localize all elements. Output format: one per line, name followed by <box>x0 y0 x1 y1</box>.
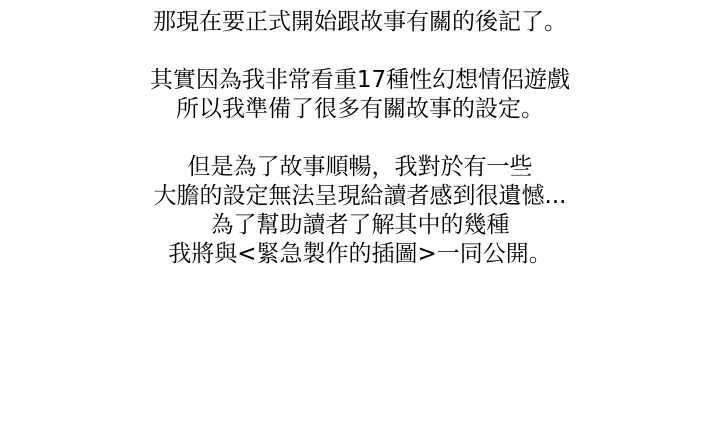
text-line: 那現在要正式開始跟故事有關的後記了。 <box>0 8 720 37</box>
text-line: 所以我準備了很多有關故事的設定。 <box>0 95 720 124</box>
afterword-text-block: 那現在要正式開始跟故事有關的後記了。 其實因為我非常看重17種性幻想情侶遊戲 所… <box>0 8 720 269</box>
text-line: 其實因為我非常看重17種性幻想情侶遊戲 <box>0 66 720 95</box>
blank-line <box>0 124 720 153</box>
text-line: 但是為了故事順暢，我對於有一些 <box>0 153 720 182</box>
text-line: 我將與<緊急製作的插圖>一同公開。 <box>0 240 720 269</box>
comic-afterword-page: 那現在要正式開始跟故事有關的後記了。 其實因為我非常看重17種性幻想情侶遊戲 所… <box>0 0 720 438</box>
text-line: 為了幫助讀者了解其中的幾種 <box>0 211 720 240</box>
blank-line <box>0 37 720 66</box>
text-line: 大膽的設定無法呈現給讀者感到很遺憾... <box>0 182 720 211</box>
